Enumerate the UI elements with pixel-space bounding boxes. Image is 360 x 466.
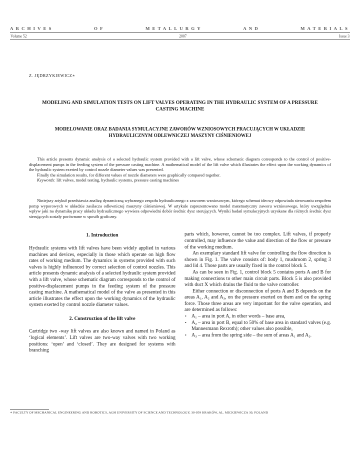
bullet-icon: • bbox=[185, 320, 192, 333]
body-paragraph: As can be seen in Fig. 1, control block … bbox=[185, 269, 332, 288]
list-item-text: A₂ – area in port B, equal to 50% of bas… bbox=[192, 320, 332, 333]
article-title-polish: MODELOWANIE ORAZ BADANIA SYMULACYJNE ZAW… bbox=[35, 127, 325, 140]
journal-word: MATERIALS bbox=[301, 26, 350, 31]
paper-page: ARCHIVES OF METALLURGY AND MATERIALS Vol… bbox=[0, 0, 360, 466]
bullet-icon: • bbox=[185, 332, 192, 338]
author-name: Z. JĘDRZYKIEWICZ∗ bbox=[29, 73, 331, 79]
keywords-label: Keywords: bbox=[37, 178, 55, 183]
section-heading-construction: 2. Construction of the lift valve bbox=[29, 316, 176, 322]
right-column: parts which, however, cannot be too comp… bbox=[185, 232, 332, 354]
abstract-polish: Niniejszy artykuł przedstawia analizę dy… bbox=[29, 198, 331, 219]
body-paragraph: parts which, however, cannot be too comp… bbox=[185, 232, 332, 251]
abstract-paragraph: Niniejszy artykuł przedstawia analizę dy… bbox=[29, 198, 331, 219]
body-paragraph: Hydraulic systems with lift valves have … bbox=[29, 245, 176, 308]
year-label: 2007 bbox=[179, 34, 187, 39]
body-paragraph: Cartridge two -way lift valves are also … bbox=[29, 329, 176, 354]
abstract-english: This article presents dynamic analysis o… bbox=[29, 157, 331, 183]
keywords-line: Keywords: lift valves, model testing, hy… bbox=[29, 178, 331, 183]
journal-word: OF bbox=[94, 26, 105, 31]
footnote-rule bbox=[10, 409, 49, 410]
journal-word: ARCHIVES bbox=[10, 26, 54, 31]
journal-word: METALLURGY bbox=[145, 26, 202, 31]
footnote-area: ∗ FACULTY OF MECHANICAL ENGINEERING AND … bbox=[10, 409, 350, 415]
volume-label: Volume 52 bbox=[11, 34, 27, 39]
section-heading-introduction: 1. Introduction bbox=[29, 233, 176, 239]
abstract-paragraph: This article presents dynamic analysis o… bbox=[29, 157, 331, 173]
list-item-text: A₃ – area from the spring side – the sum… bbox=[192, 332, 332, 338]
keywords-list: lift valves, model testing, hydraulic sy… bbox=[55, 178, 179, 183]
issue-label: Issue 3 bbox=[339, 34, 350, 39]
two-column-body: 1. Introduction Hydraulic systems with l… bbox=[29, 232, 331, 354]
left-column: 1. Introduction Hydraulic systems with l… bbox=[29, 232, 176, 354]
affiliation-footnote: ∗ FACULTY OF MECHANICAL ENGINEERING AND … bbox=[10, 411, 350, 415]
header-rule-top bbox=[10, 33, 350, 34]
list-item: • A₃ – area from the spring side – the s… bbox=[185, 332, 332, 338]
article-content: Z. JĘDRZYKIEWICZ∗ MODELING AND SIMULATIO… bbox=[29, 73, 331, 354]
article-title-english: MODELING AND SIMULATION TESTS ON LIFT VA… bbox=[40, 100, 320, 113]
list-item: • A₂ – area in port B, equal to 50% of b… bbox=[185, 320, 332, 333]
volume-row: Volume 52 2007 Issue 3 bbox=[10, 34, 350, 39]
journal-name: ARCHIVES OF METALLURGY AND MATERIALS bbox=[10, 26, 350, 31]
header-rule-bottom bbox=[10, 40, 350, 41]
body-paragraph: Either connection or disconnection of po… bbox=[185, 288, 332, 313]
journal-word: AND bbox=[243, 26, 260, 31]
journal-header: ARCHIVES OF METALLURGY AND MATERIALS Vol… bbox=[10, 26, 350, 40]
body-paragraph: An exemplary standard lift valve for con… bbox=[185, 251, 332, 270]
